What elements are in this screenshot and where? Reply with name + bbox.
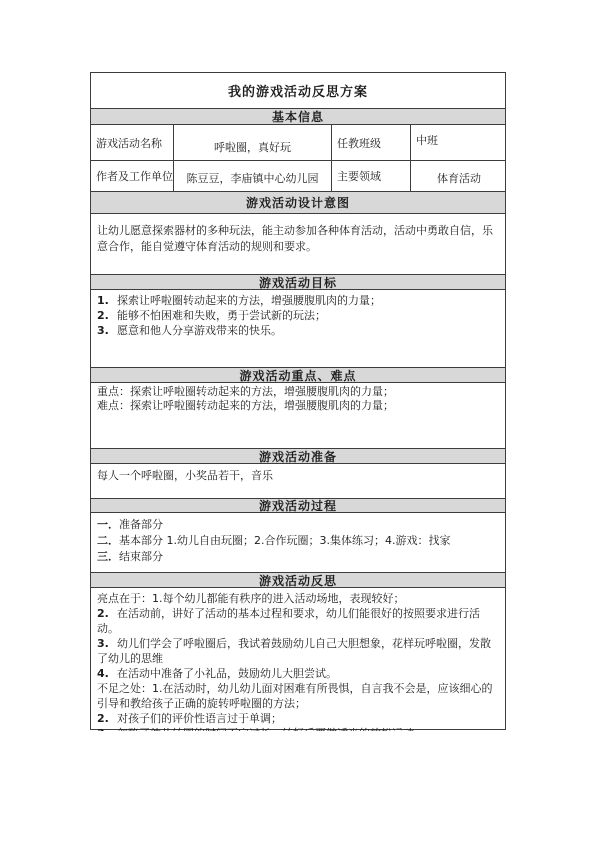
reflection-line: 亮点在于：1.每个幼儿都能有秩序的进入活动场地，表现较好； [97,591,499,606]
process-item-text: 结束部分 [119,550,163,563]
process-list: 一．准备部分 二．基本部分 1.幼儿自由玩圈；2.合作玩圈；3.集体练习；4.游… [91,512,505,572]
section-header-preparation: 游戏活动准备 [91,448,505,463]
goal-item: 3.愿意和他人分享游戏带来的快乐。 [97,323,499,338]
section-header-design-intent: 游戏活动设计意图 [91,191,505,213]
field-value-activity-name: 呼啦圈，真好玩 [174,125,332,160]
reflection-line-text: 对孩子们的评价性语言过于单调； [117,712,282,725]
reflection-line-text: 在活动前，讲好了活动的基本过程和要求，幼儿们能很好的按照要求进行活动。 [97,607,480,635]
reflection-line: 3.幼儿们学会了呼啦圈后，我试着鼓励幼儿自己大胆想象，花样玩呼啦圈，发散了幼儿的… [97,636,499,666]
goal-item-text: 探索让呼啦圈转动起来的方法，增强腰腹肌肉的力量； [117,294,381,307]
basic-info-row-2: 作者及工作单位 陈豆豆，李庙镇中心幼儿园 主要领域 体育活动 [91,160,505,191]
field-label-main-domain: 主要领域 [332,161,411,191]
section-header-goals: 游戏活动目标 [91,274,505,289]
reflection-line-text: 亮点在于：1.每个幼儿都能有秩序的进入活动场地，表现较好； [97,592,405,605]
reflection-line-number: 4. [97,666,117,681]
goals-list: 1.探索让呼啦圈转动起来的方法，增强腰腹肌肉的力量； 2.能够不怕困难和失败，勇… [91,289,505,367]
field-value-teaching-class: 中班 [411,125,505,160]
reflection-line-number: 2. [97,711,117,726]
reflection-line: 2.对孩子们的评价性语言过于单调； [97,711,499,726]
reflection-line: 4.在活动中准备了小礼品，鼓励幼儿大胆尝试。 [97,666,499,681]
goal-item-text: 能够不怕困难和失败，勇于尝试新的玩法； [117,309,326,322]
reflection-line-text: 幼儿们学会了呼啦圈后，我试着鼓励幼儿自己大胆想象，花样玩呼啦圈，发散了幼儿的思维 [97,637,491,665]
preparation-text: 每人一个呼啦圈，小奖品若干，音乐 [91,463,505,498]
reflection-text: 亮点在于：1.每个幼儿都能有秩序的进入活动场地，表现较好； 2.在活动前，讲好了… [91,587,505,731]
key-point-text: 难点：探索让呼啦圈转动起来的方法，增强腰腹肌肉的力量； [97,399,394,412]
reflection-line-number: 3. [97,636,117,651]
section-header-basic-info: 基本信息 [91,108,505,124]
process-item: 二．基本部分 1.幼儿自由玩圈；2.合作玩圈；3.集体练习；4.游戏：找家 [97,533,499,549]
process-item-number: 一． [97,517,119,533]
goal-item-text: 愿意和他人分享游戏带来的快乐。 [117,324,282,337]
reflection-line-number: 2. [97,606,117,621]
goal-item: 1.探索让呼啦圈转动起来的方法，增强腰腹肌肉的力量； [97,293,499,308]
page-title: 我的游戏活动反思方案 [91,73,505,108]
goal-item-number: 3. [97,323,117,338]
field-label-activity-name: 游戏活动名称 [91,125,174,160]
key-points-text: 重点：探索让呼啦圈转动起来的方法，增强腰腹肌肉的力量； 难点：探索让呼啦圈转动起… [91,382,505,448]
goal-item-number: 2. [97,308,117,323]
basic-info-row-1: 游戏活动名称 呼啦圈，真好玩 任教班级 中班 [91,124,505,160]
reflection-line: 2.在活动前，讲好了活动的基本过程和要求，幼儿们能很好的按照要求进行活动。 [97,606,499,636]
reflection-plan-table: 我的游戏活动反思方案 基本信息 游戏活动名称 呼啦圈，真好玩 任教班级 中班 作… [90,72,506,730]
field-value-author-unit: 陈豆豆，李庙镇中心幼儿园 [174,161,332,191]
reflection-line: 不足之处：1.在活动时，幼儿幼儿面对困难有所畏惧，自言我不会是，应该细心的引导和… [97,681,499,711]
field-value-main-domain: 体育活动 [411,161,505,191]
section-header-reflection: 游戏活动反思 [91,572,505,587]
process-item-text: 基本部分 1.幼儿自由玩圈；2.合作玩圈；3.集体练习；4.游戏：找家 [119,534,450,547]
reflection-line-text: 忽略了幼儿转圈的时间不宜过长，转好后要做适当的放松运动。 [117,727,425,731]
key-point-line: 重点：探索让呼啦圈转动起来的方法，增强腰腹肌肉的力量； [97,385,499,399]
section-header-key-points: 游戏活动重点、难点 [91,367,505,382]
reflection-line: 3.忽略了幼儿转圈的时间不宜过长，转好后要做适当的放松运动。 [97,726,499,731]
key-point-text: 重点：探索让呼啦圈转动起来的方法，增强腰腹肌肉的力量； [97,385,394,398]
reflection-line-number: 3. [97,726,117,731]
key-point-line: 难点：探索让呼啦圈转动起来的方法，增强腰腹肌肉的力量； [97,399,499,413]
field-label-author-unit: 作者及工作单位 [91,161,174,191]
process-item-number: 二． [97,533,119,549]
field-label-teaching-class: 任教班级 [332,125,411,160]
process-item: 三．结束部分 [97,549,499,565]
reflection-line-text: 在活动中准备了小礼品，鼓励幼儿大胆尝试。 [117,667,337,680]
design-intent-text: 让幼儿愿意探索器材的多种玩法，能主动参加各种体育活动，活动中勇敢自信，乐意合作，… [91,213,505,274]
reflection-line-text: 不足之处：1.在活动时，幼儿幼儿面对困难有所畏惧，自言我不会是，应该细心的引导和… [97,682,493,710]
process-item-number: 三． [97,549,119,565]
process-item-text: 准备部分 [119,518,163,531]
process-item: 一．准备部分 [97,517,499,533]
section-header-process: 游戏活动过程 [91,498,505,512]
goal-item: 2.能够不怕困难和失败，勇于尝试新的玩法； [97,308,499,323]
goal-item-number: 1. [97,293,117,308]
